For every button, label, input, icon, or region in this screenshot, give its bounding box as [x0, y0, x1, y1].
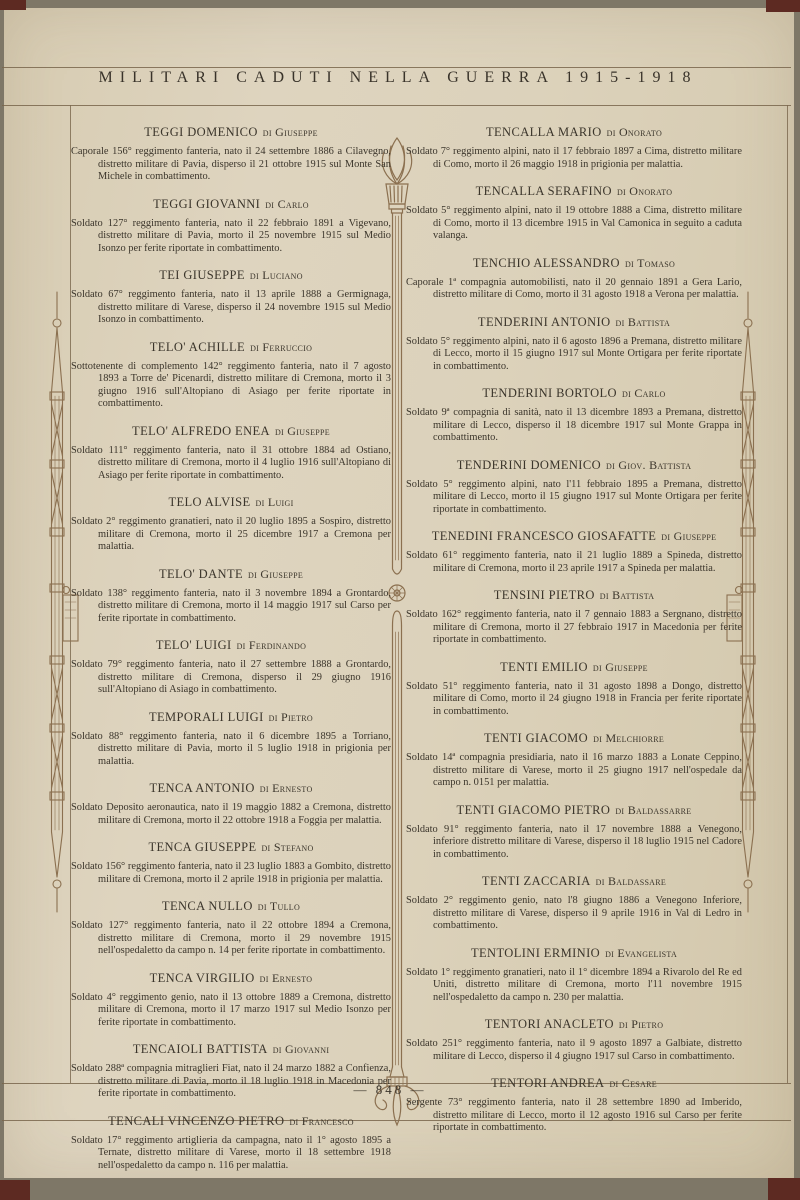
entry-name: TEI GIUSEPPE [159, 268, 245, 282]
casualty-entry: TENCA GIUSEPPEdi Stefano Soldato 156° re… [71, 840, 391, 886]
casualty-entry: TENCALI VINCENZO PIETROdi Francesco Sold… [71, 1114, 391, 1173]
top-rule-inner [2, 105, 791, 106]
casualty-entry: TENTI GIACOMO PIETROdi Baldassarre Solda… [406, 803, 742, 862]
entry-name: TENTI EMILIO [500, 660, 588, 674]
entry-filiation: di Francesco [289, 1114, 353, 1128]
entry-body: Soldato 2° reggimento genio, nato l'8 gi… [406, 895, 742, 933]
scan-corner-top-right [766, 0, 800, 12]
entry-filiation: di Giuseppe [263, 125, 318, 139]
entry-name: TEGGI DOMENICO [144, 125, 258, 139]
entry-filiation: di Tomaso [625, 256, 675, 270]
entry-heading: TENTI GIACOMOdi Melchiorre [406, 731, 742, 746]
casualty-entry: TENEDINI FRANCESCO GIOSAFATTEdi Giuseppe… [406, 529, 742, 575]
casualty-entry: TENTORI ANACLETOdi Pietro Soldato 251° r… [406, 1017, 742, 1063]
casualty-entry: TENDERINI ANTONIOdi Battista Soldato 5° … [406, 315, 742, 374]
entry-filiation: di Giuseppe [248, 567, 303, 581]
entry-filiation: di Carlo [265, 197, 309, 211]
entry-name: TENCAIOLI BATTISTA [133, 1042, 268, 1056]
entry-body: Soldato 2° reggimento granatieri, nato i… [71, 516, 391, 554]
entry-heading: TENDERINI BORTOLOdi Carlo [406, 386, 742, 401]
casualty-entry: TELO' ACHILLEdi Ferruccio Sottotenente d… [71, 340, 391, 411]
casualty-entry: TENTI GIACOMOdi Melchiorre Soldato 14ª c… [406, 731, 742, 790]
entry-name: TENCA GIUSEPPE [148, 840, 256, 854]
entry-body: Soldato 51° reggimento fanteria, nato il… [406, 681, 742, 719]
entry-name: TENTI GIACOMO PIETRO [457, 803, 611, 817]
casualty-entry: TEGGI GIOVANNIdi Carlo Soldato 127° regg… [71, 197, 391, 256]
entry-heading: TELO' LUIGIdi Ferdinando [71, 638, 391, 653]
entry-name: TENTOLINI ERMINIO [471, 946, 600, 960]
entry-name: TENCALLA MARIO [486, 125, 602, 139]
entry-body: Soldato 111° reggimento fanteria, nato i… [71, 445, 391, 483]
entry-name: TEGGI GIOVANNI [153, 197, 260, 211]
entry-name: TENSINI PIETRO [494, 588, 595, 602]
casualty-entry: TENCA NULLOdi Tullo Soldato 127° reggime… [71, 899, 391, 958]
casualty-entry: TENCA ANTONIOdi Ernesto Soldato Deposito… [71, 781, 391, 827]
casualty-entry: TEGGI DOMENICOdi Giuseppe Caporale 156° … [71, 125, 391, 184]
entry-filiation: di Pietro [269, 710, 313, 724]
entry-name: TELO' ALFREDO ENEA [132, 424, 270, 438]
entry-body: Caporale 156° reggimento fanteria, nato … [71, 146, 391, 184]
entry-name: TENCALI VINCENZO PIETRO [108, 1114, 284, 1128]
entry-filiation: di Luigi [256, 495, 294, 509]
entry-heading: TENSINI PIETROdi Battista [406, 588, 742, 603]
entry-filiation: di Onorato [607, 125, 662, 139]
entry-heading: TEGGI DOMENICOdi Giuseppe [71, 125, 391, 140]
entry-heading: TEI GIUSEPPEdi Luciano [71, 268, 391, 283]
entry-name: TELO' ACHILLE [150, 340, 245, 354]
entry-heading: TELO' ALFREDO ENEAdi Giuseppe [71, 424, 391, 439]
entry-heading: TENCA VIRGILIOdi Ernesto [71, 971, 391, 986]
entry-body: Soldato 127° reggimento fanteria, nato i… [71, 920, 391, 958]
scan-corner-bottom-left [0, 1180, 30, 1200]
entry-name: TENCA ANTONIO [149, 781, 254, 795]
entry-body: Soldato 5° reggimento alpini, nato il 19… [406, 205, 742, 243]
entry-body: Soldato Deposito aeronautica, nato il 19… [71, 802, 391, 827]
entry-name: TENCA VIRGILIO [150, 971, 255, 985]
entry-body: Soldato 61° reggimento fanteria, nato il… [406, 550, 742, 575]
entry-body: Soldato 79° reggimento fanteria, nato il… [71, 659, 391, 697]
entry-filiation: di Battista [600, 588, 655, 602]
casualty-entry: TELO' ALFREDO ENEAdi Giuseppe Soldato 11… [71, 424, 391, 483]
entry-filiation: di Onorato [617, 184, 672, 198]
entry-body: Soldato 1° reggimento granatieri, nato i… [406, 967, 742, 1005]
entry-heading: TENCA GIUSEPPEdi Stefano [71, 840, 391, 855]
entry-body: Soldato 7° reggimento alpini, nato il 17… [406, 146, 742, 171]
entry-filiation: di Ferruccio [250, 340, 312, 354]
top-rule-outer [2, 67, 791, 68]
entry-name: TENTI GIACOMO [484, 731, 588, 745]
entry-filiation: di Giov. Battista [606, 458, 691, 472]
entry-heading: TELO' DANTEdi Giuseppe [71, 567, 391, 582]
entry-name: TENCA NULLO [162, 899, 253, 913]
entry-filiation: di Giuseppe [275, 424, 330, 438]
entry-heading: TENEDINI FRANCESCO GIOSAFATTEdi Giuseppe [406, 529, 742, 544]
entry-name: TENEDINI FRANCESCO GIOSAFATTE [432, 529, 657, 543]
entry-name: TELO' LUIGI [156, 638, 232, 652]
entry-name: TENTI ZACCARIA [482, 874, 591, 888]
entry-heading: TENCA NULLOdi Tullo [71, 899, 391, 914]
entry-filiation: di Baldassare [596, 874, 666, 888]
entry-heading: TENTOLINI ERMINIOdi Evangelista [406, 946, 742, 961]
entry-body: Soldato 17° reggimento artiglieria da ca… [71, 1135, 391, 1173]
entry-filiation: di Pietro [619, 1017, 663, 1031]
casualty-entry: TEI GIUSEPPEdi Luciano Soldato 67° reggi… [71, 268, 391, 327]
casualty-entry: TELO' LUIGIdi Ferdinando Soldato 79° reg… [71, 638, 391, 697]
right-column: TENCALLA MARIOdi Onorato Soldato 7° regg… [406, 125, 742, 1148]
entry-heading: TENCA ANTONIOdi Ernesto [71, 781, 391, 796]
scan-corner-bottom-right [768, 1178, 800, 1200]
entry-filiation: di Giovanni [273, 1042, 330, 1056]
entry-filiation: di Giuseppe [593, 660, 648, 674]
entry-filiation: di Baldassarre [615, 803, 691, 817]
entry-body: Soldato 67° reggimento fanteria, nato il… [71, 289, 391, 327]
entry-body: Soldato 4° reggimento genio, nato il 13 … [71, 992, 391, 1030]
entry-body: Soldato 14ª compagnia presidiaria, nato … [406, 752, 742, 790]
page-title: MILITARI CADUTI NELLA GUERRA 1915-1918 [0, 69, 796, 87]
entry-name: TENDERINI BORTOLO [482, 386, 617, 400]
entry-name: TENCALLA SERAFINO [476, 184, 612, 198]
entry-filiation: di Stefano [261, 840, 313, 854]
entry-filiation: di Melchiorre [593, 731, 664, 745]
entry-heading: TENCAIOLI BATTISTAdi Giovanni [71, 1042, 391, 1057]
entry-body: Soldato 162° reggimento fanteria, nato i… [406, 609, 742, 647]
casualty-entry: TENCALLA MARIOdi Onorato Soldato 7° regg… [406, 125, 742, 171]
entry-name: TENDERINI DOMENICO [457, 458, 601, 472]
casualty-entry: TENTOLINI ERMINIOdi Evangelista Soldato … [406, 946, 742, 1005]
entry-heading: TELO' ACHILLEdi Ferruccio [71, 340, 391, 355]
casualty-entry: TENTI EMILIOdi Giuseppe Soldato 51° regg… [406, 660, 742, 719]
casualty-entry: TENCALLA SERAFINOdi Onorato Soldato 5° r… [406, 184, 742, 243]
entry-filiation: di Ferdinando [237, 638, 307, 652]
entry-body: Soldato 88° reggimento fanteria, nato il… [71, 731, 391, 769]
entry-heading: TENCALI VINCENZO PIETROdi Francesco [71, 1114, 391, 1129]
entry-heading: TENTI EMILIOdi Giuseppe [406, 660, 742, 675]
entry-filiation: di Battista [616, 315, 671, 329]
entry-heading: TENTI ZACCARIAdi Baldassare [406, 874, 742, 889]
entry-filiation: di Evangelista [605, 946, 677, 960]
frame-right-line [787, 105, 788, 1083]
entry-filiation: di Ernesto [260, 971, 313, 985]
entry-heading: TEMPORALI LUIGIdi Pietro [71, 710, 391, 725]
entry-filiation: di Ernesto [260, 781, 313, 795]
entry-name: TENTORI ANACLETO [485, 1017, 614, 1031]
page-number: — 848 — [0, 1082, 780, 1098]
entry-body: Soldato 91° reggimento fanteria, nato il… [406, 824, 742, 862]
entry-heading: TELO ALVISEdi Luigi [71, 495, 391, 510]
entry-name: TELO' DANTE [159, 567, 243, 581]
entry-heading: TENDERINI ANTONIOdi Battista [406, 315, 742, 330]
entry-filiation: di Luciano [250, 268, 303, 282]
entry-body: Soldato 9ª compagnia di sanità, nato il … [406, 407, 742, 445]
entry-name: TENCHIO ALESSANDRO [473, 256, 620, 270]
entry-heading: TENTORI ANACLETOdi Pietro [406, 1017, 742, 1032]
entry-body: Soldato 5° reggimento alpini, nato il 6 … [406, 336, 742, 374]
entry-body: Sergente 73° reggimento fanteria, nato i… [406, 1097, 742, 1135]
entry-body: Caporale 1ª compagnia automobilisti, nat… [406, 277, 742, 302]
casualty-entry: TENCA VIRGILIOdi Ernesto Soldato 4° regg… [71, 971, 391, 1030]
casualty-entry: TENDERINI DOMENICOdi Giov. Battista Sold… [406, 458, 742, 517]
casualty-entry: TEMPORALI LUIGIdi Pietro Soldato 88° reg… [71, 710, 391, 769]
entry-body: Soldato 156° reggimento fanteria, nato i… [71, 861, 391, 886]
casualty-entry: TENSINI PIETROdi Battista Soldato 162° r… [406, 588, 742, 647]
entry-filiation: di Tullo [258, 899, 300, 913]
entry-name: TENDERINI ANTONIO [478, 315, 611, 329]
entry-body: Sottotenente di complemento 142° reggime… [71, 361, 391, 411]
entry-body: Soldato 127° reggimento fanteria, nato i… [71, 218, 391, 256]
entry-filiation: di Giuseppe [661, 529, 716, 543]
scan-corner-top-left [0, 0, 26, 10]
casualty-entry: TENCHIO ALESSANDROdi Tomaso Caporale 1ª … [406, 256, 742, 302]
entry-heading: TENCHIO ALESSANDROdi Tomaso [406, 256, 742, 271]
entry-heading: TENTI GIACOMO PIETROdi Baldassarre [406, 803, 742, 818]
casualty-entry: TELO ALVISEdi Luigi Soldato 2° reggiment… [71, 495, 391, 554]
casualty-entry: TENDERINI BORTOLOdi Carlo Soldato 9ª com… [406, 386, 742, 445]
casualty-entry: TENTI ZACCARIAdi Baldassare Soldato 2° r… [406, 874, 742, 933]
entry-body: Soldato 5° reggimento alpini, nato l'11 … [406, 479, 742, 517]
entry-body: Soldato 251° reggimento fanteria, nato i… [406, 1038, 742, 1063]
casualty-entry: TELO' DANTEdi Giuseppe Soldato 138° regg… [71, 567, 391, 626]
left-column: TEGGI DOMENICOdi Giuseppe Caporale 156° … [71, 125, 391, 1185]
entry-heading: TENCALLA SERAFINOdi Onorato [406, 184, 742, 199]
entry-name: TELO ALVISE [168, 495, 250, 509]
entry-name: TEMPORALI LUIGI [149, 710, 264, 724]
entry-heading: TENCALLA MARIOdi Onorato [406, 125, 742, 140]
entry-filiation: di Carlo [622, 386, 666, 400]
entry-body: Soldato 138° reggimento fanteria, nato i… [71, 588, 391, 626]
entry-heading: TENDERINI DOMENICOdi Giov. Battista [406, 458, 742, 473]
entry-heading: TEGGI GIOVANNIdi Carlo [71, 197, 391, 212]
